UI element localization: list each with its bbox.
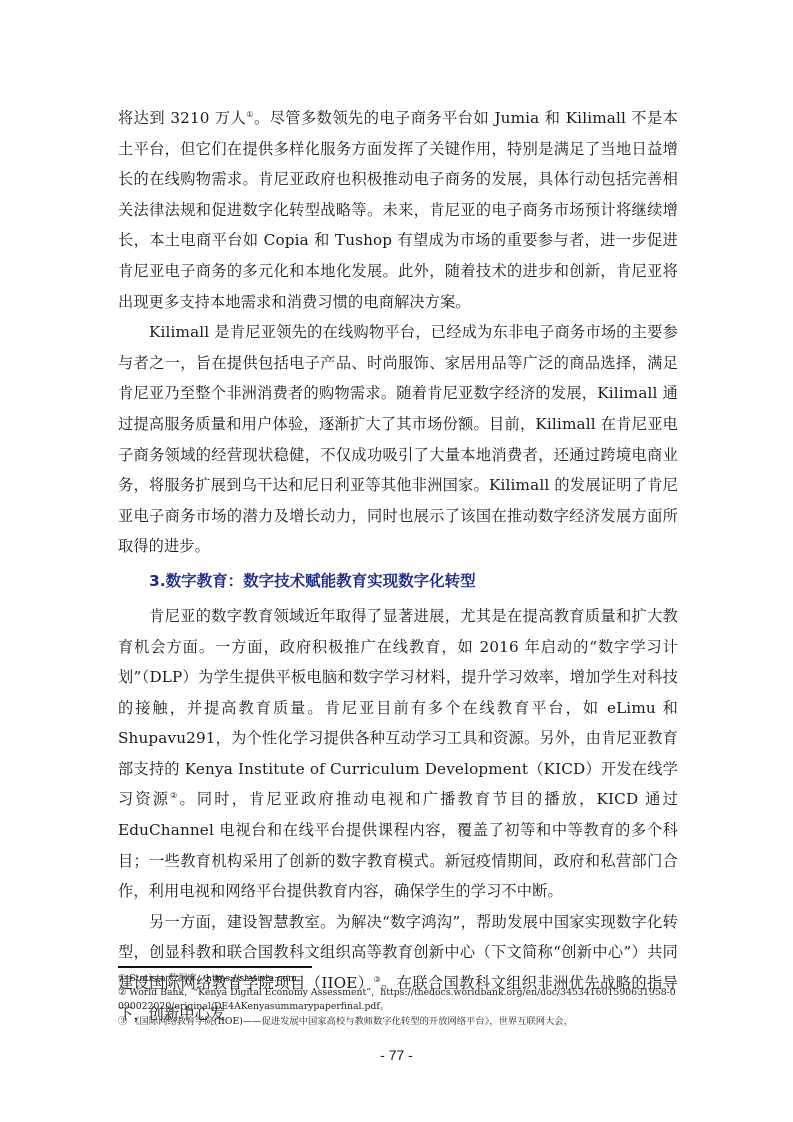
paragraph-text: 将达到 3210 万人 (118, 109, 246, 127)
page-number: - 77 - (0, 1047, 793, 1063)
paragraph-text: 。尽管多数领先的电子商务平台如 Jumia 和 Kilimall 不是本土平台，… (118, 109, 678, 311)
footnote-2: ② World Bank，“Kenya Digital Economy Asse… (118, 986, 678, 1014)
footnote-ref-1[interactable]: ① (246, 110, 254, 119)
section-heading-digital-education: 3.数字教育：数字技术赋能教育实现数字化转型 (149, 569, 678, 593)
footnotes: ① Statista 数据库，https://statista.com。 ② W… (118, 972, 678, 1029)
page-body: 将达到 3210 万人①。尽管多数领先的电子商务平台如 Jumia 和 Kili… (118, 103, 678, 1029)
footnote-divider (118, 966, 312, 968)
paragraph-digital-education: 肯尼亚的数字教育领域近年取得了显著进展，尤其是在提高教育质量和扩大教育机会方面。… (118, 601, 678, 907)
footnote-3: ③ 《国际网络教育学院(IIOE)——促进发展中国家高校与教师数字化转型的开放网… (118, 1015, 678, 1029)
paragraph-kilimall: Kilimall 是肯尼亚领先的在线购物平台，已经成为东非电子商务市场的主要参与… (118, 317, 678, 562)
footnote-1: ① Statista 数据库，https://statista.com。 (118, 972, 678, 986)
paragraph-text: 。同时，肯尼亚政府推动电视和广播教育节目的播放，KICD 通过 EduChann… (118, 790, 678, 900)
paragraph-text: 肯尼亚的数字教育领域近年取得了显著进展，尤其是在提高教育质量和扩大教育机会方面。… (118, 607, 678, 809)
footnote-ref-2[interactable]: ② (170, 791, 179, 800)
paragraph-ecommerce-outlook: 将达到 3210 万人①。尽管多数领先的电子商务平台如 Jumia 和 Kili… (118, 103, 678, 317)
